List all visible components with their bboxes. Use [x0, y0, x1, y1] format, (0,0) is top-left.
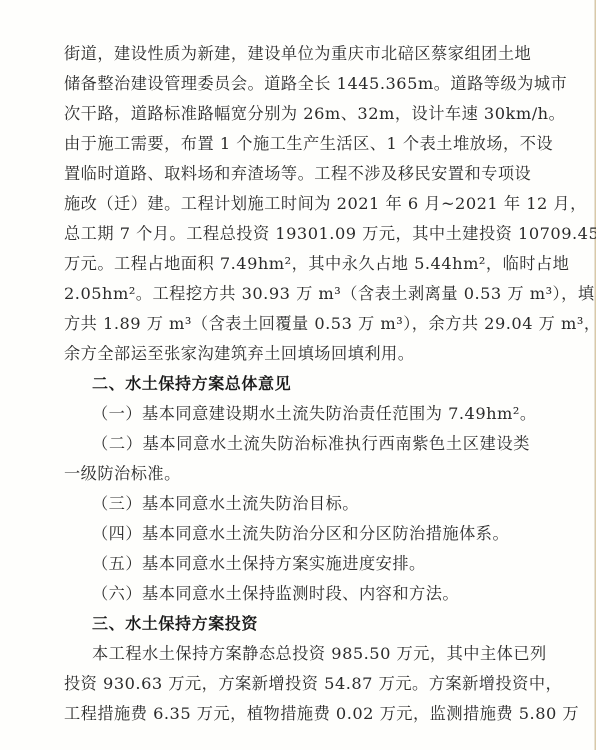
document-page: 街道，建设性质为新建，建设单位为重庆市北碚区蔡家组团土地 储备整治建设管理委员会… — [0, 0, 595, 750]
paragraph-line: 投资 930.63 万元，方案新增投资 54.87 万元。方案新增投资中， — [64, 673, 530, 695]
paragraph-line: 2.05hm²。工程挖方共 30.93 万 m³（含表土剥离量 0.53 万 m… — [64, 283, 530, 305]
section-heading-3: 三、水土保持方案投资 — [92, 613, 258, 635]
paragraph-line: 街道，建设性质为新建，建设单位为重庆市北碚区蔡家组团土地 — [64, 43, 530, 65]
paragraph-line: 施改（迁）建。工程计划施工时间为 2021 年 6 月~2021 年 12 月， — [64, 193, 530, 215]
paragraph-line: 由于施工需要，布置 1 个施工生产生活区、1 个表土堆放场，不设 — [64, 133, 530, 155]
paragraph-line: 工程措施费 6.35 万元，植物措施费 0.02 万元，监测措施费 5.80 万 — [64, 703, 530, 725]
opinion-item: （四）基本同意水土流失防治分区和分区防治措施体系。 — [92, 523, 509, 545]
opinion-item: （三）基本同意水土流失防治目标。 — [92, 493, 359, 515]
opinion-item-continuation: 一级防治标准。 — [64, 463, 181, 485]
opinion-item: （五）基本同意水土保持方案实施进度安排。 — [92, 553, 426, 575]
paragraph-line: 本工程水土保持方案静态总投资 985.50 万元，其中主体已列 — [92, 643, 530, 665]
opinion-item: （六）基本同意水土保持监测时段、内容和方法。 — [92, 583, 459, 605]
paragraph-line: 万元。工程占地面积 7.49hm²，其中永久占地 5.44hm²，临时占地 — [64, 253, 530, 275]
opinion-item: （二）基本同意水土流失防治标准执行西南紫色土区建设类 — [92, 433, 530, 455]
paragraph-line: 次干路，道路标准路幅宽分别为 26m、32m，设计车速 30km/h。 — [64, 103, 530, 125]
opinion-item: （一）基本同意建设期水土流失防治责任范围为 7.49hm²。 — [92, 403, 537, 425]
paragraph-line: 储备整治建设管理委员会。道路全长 1445.365m。道路等级为城市 — [64, 73, 530, 95]
paragraph-line: 余方全部运至张家沟建筑弃土回填场回填利用。 — [64, 343, 414, 365]
paragraph-line: 方共 1.89 万 m³（含表土回覆量 0.53 万 m³），余方共 29.04… — [64, 313, 530, 335]
paragraph-line: 总工期 7 个月。工程总投资 19301.09 万元，其中土建投资 10709.… — [64, 223, 530, 245]
section-heading-2: 二、水土保持方案总体意见 — [92, 373, 291, 395]
paragraph-line: 置临时道路、取料场和弃渣场等。工程不涉及移民安置和专项设 — [64, 163, 530, 185]
